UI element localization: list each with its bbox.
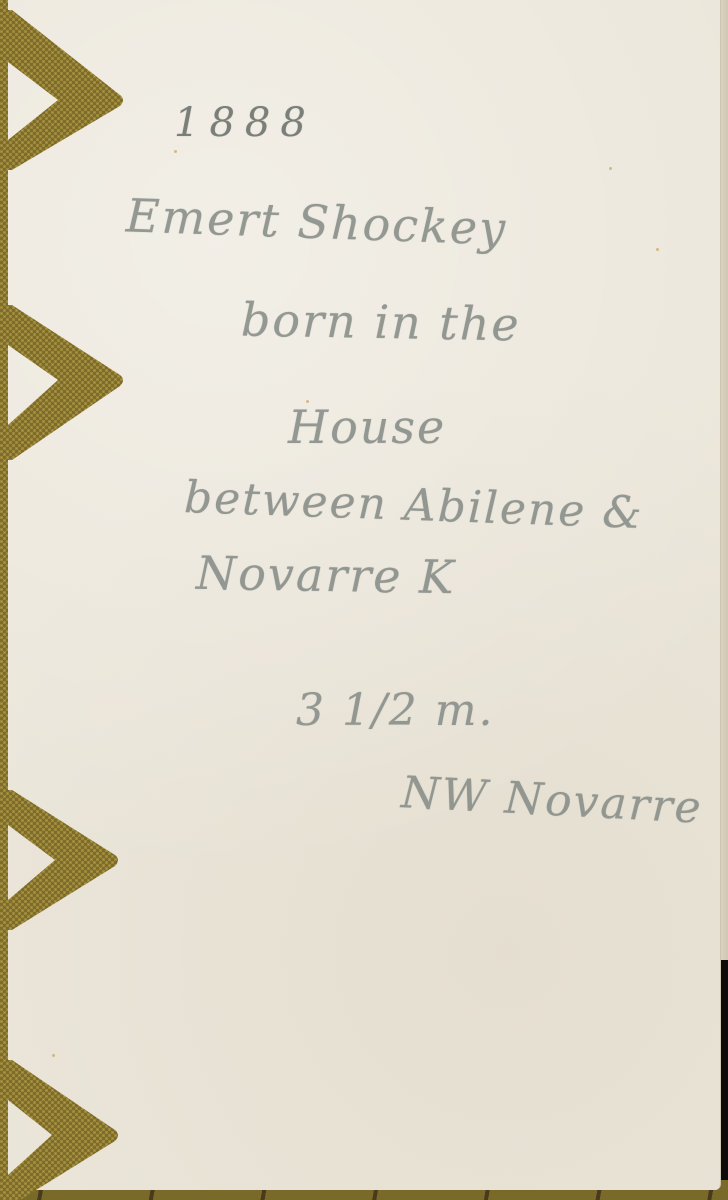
album-page: 1888 Emert Shockey born in the House bet… bbox=[6, 0, 721, 1190]
handwritten-born-line: born in the bbox=[241, 293, 522, 352]
scanned-album-scene: 1888 Emert Shockey born in the House bet… bbox=[0, 0, 728, 1200]
handwritten-direction-line: NW Novarre bbox=[400, 767, 704, 834]
handwritten-year: 1888 bbox=[174, 100, 316, 146]
handwritten-name: Emert Shockey bbox=[125, 188, 508, 255]
paper-speck bbox=[656, 248, 659, 251]
paper-speck bbox=[609, 167, 612, 170]
binding-gutter bbox=[0, 0, 8, 1200]
handwritten-between-line: between Abilene & bbox=[183, 472, 644, 539]
handwritten-distance-line: 3 1/2 m. bbox=[296, 685, 495, 736]
paper-speck bbox=[52, 1054, 55, 1057]
handwritten-house-line: House bbox=[288, 400, 446, 454]
paper-speck bbox=[174, 150, 177, 153]
handwritten-place-line: Novarre K bbox=[196, 546, 456, 605]
